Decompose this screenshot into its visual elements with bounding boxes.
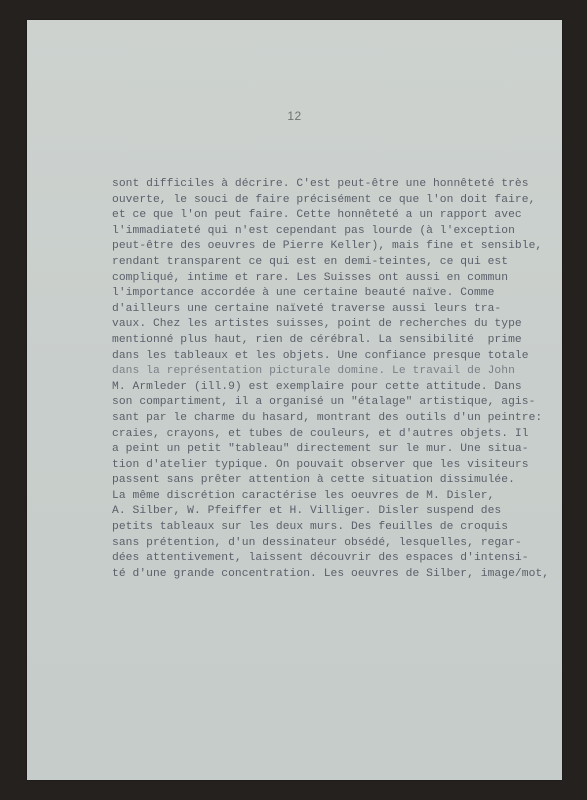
text-line: passent sans prêter attention à cette si… — [112, 473, 572, 489]
text-line: té d'une grande concentration. Les oeuvr… — [112, 567, 572, 583]
text-line: vaux. Chez les artistes suisses, point d… — [112, 317, 572, 333]
text-line: sans prétention, d'un dessinateur obsédé… — [112, 536, 572, 552]
text-line: La même discrétion caractérise les oeuvr… — [112, 489, 572, 505]
text-line: d'ailleurs une certaine naïveté traverse… — [112, 302, 572, 318]
document-page: 12 sont difficiles à décrire. C'est peut… — [27, 20, 562, 780]
text-line: dans les tableaux et les objets. Une con… — [112, 349, 572, 365]
text-line: et ce que l'on peut faire. Cette honnête… — [112, 208, 572, 224]
text-line: sant par le charme du hasard, montrant d… — [112, 411, 572, 427]
text-line: compliqué, intime et rare. Les Suisses o… — [112, 271, 572, 287]
text-line: a peint un petit "tableau" directement s… — [112, 442, 572, 458]
text-line: tion d'atelier typique. On pouvait obser… — [112, 458, 572, 474]
text-line: ouverte, le souci de faire précisément c… — [112, 193, 572, 209]
text-line: peut-être des oeuvres de Pierre Keller),… — [112, 239, 572, 255]
text-line: craies, crayons, et tubes de couleurs, e… — [112, 427, 572, 443]
text-line: petits tableaux sur les deux murs. Des f… — [112, 520, 572, 536]
text-line: l'immadiateté qui n'est cependant pas lo… — [112, 224, 572, 240]
text-line: son compartiment, il a organisé un "étal… — [112, 395, 572, 411]
text-line: l'importance accordée à une certaine bea… — [112, 286, 572, 302]
text-line: mentionné plus haut, rien de cérébral. L… — [112, 333, 572, 349]
text-line: sont difficiles à décrire. C'est peut-êt… — [112, 177, 572, 193]
text-line: rendant transparent ce qui est en demi-t… — [112, 255, 572, 271]
text-line: dans la représentation picturale domine.… — [112, 364, 572, 380]
text-line: A. Silber, W. Pfeiffer et H. Villiger. D… — [112, 504, 572, 520]
text-line: dées attentivement, laissent découvrir d… — [112, 551, 572, 567]
text-line: M. Armleder (ill.9) est exemplaire pour … — [112, 380, 572, 396]
body-text: sont difficiles à décrire. C'est peut-êt… — [112, 177, 572, 582]
page-number: 12 — [27, 109, 562, 123]
